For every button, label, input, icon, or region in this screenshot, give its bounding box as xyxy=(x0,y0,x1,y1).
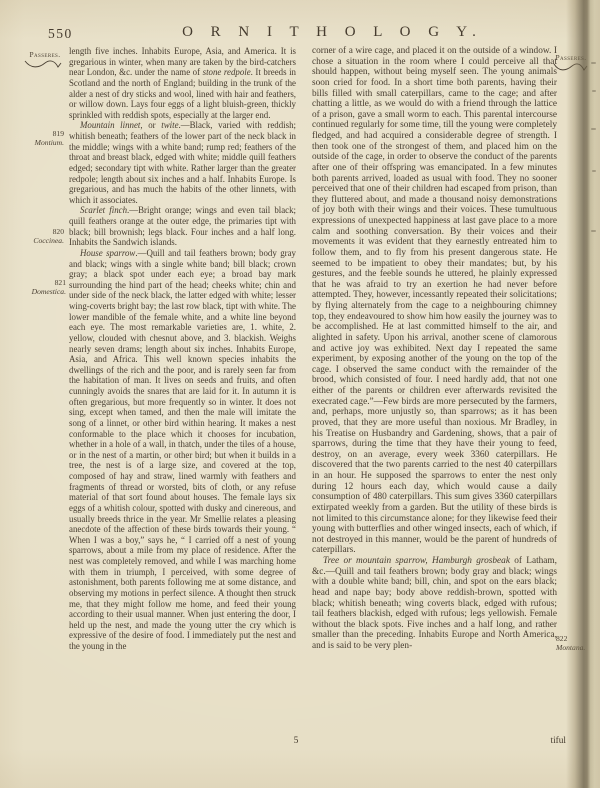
adjacent-page-text-mark xyxy=(591,230,596,232)
species-latin-name: Domestica. xyxy=(18,287,66,296)
species-common-name: twite xyxy=(161,120,178,130)
text-segment: .—Quill and tail feathers brown; body gr… xyxy=(69,248,296,651)
brace-icon xyxy=(553,62,589,72)
text-segment: of Latham, &c.—Quill and tail feathers b… xyxy=(312,556,557,651)
adjacent-page-text-mark xyxy=(591,128,596,130)
species-common-name: Mountain linnet xyxy=(80,120,140,130)
book-page: 550 O R N I T H O L O G Y. Passeres. 819… xyxy=(0,0,600,788)
adjacent-page-text-mark xyxy=(592,90,596,92)
brace-icon xyxy=(24,59,64,69)
adjacent-page-text-mark xyxy=(591,62,596,64)
left-text-column: length five inches. Inhabits Europe, Asi… xyxy=(69,46,296,742)
text-segment: , or xyxy=(140,120,161,130)
paragraph: length five inches. Inhabits Europe, Asi… xyxy=(69,46,296,120)
running-title: O R N I T H O L O G Y. xyxy=(160,24,505,41)
page-number: 550 xyxy=(48,26,73,42)
paragraph: Tree or mountain sparrow, Hamburgh grosb… xyxy=(312,556,557,652)
species-latin-name: Coccinea. xyxy=(18,236,64,245)
species-number: 821 xyxy=(18,278,66,287)
paragraph: Mountain linnet, or twite.—Black, varied… xyxy=(69,120,296,205)
paragraph: corner of a wire cage, and placed it on … xyxy=(312,46,557,556)
order-label-left: Passeres. xyxy=(22,50,68,59)
species-number: 822 xyxy=(556,634,596,643)
margin-note-821: 821 Domestica. xyxy=(18,278,66,296)
species-common-name: stone redpole xyxy=(203,67,251,77)
paragraph: House sparrow.—Quill and tail feathers b… xyxy=(69,248,296,652)
species-latin-name: Montium. xyxy=(18,138,64,147)
text-segment: .—Black, varied with reddish; whitish be… xyxy=(69,120,296,204)
species-common-name: House sparrow xyxy=(80,248,135,258)
species-common-name: Scarlet finch xyxy=(80,205,127,215)
species-latin-name: Montana. xyxy=(556,643,596,652)
adjacent-page-text-mark xyxy=(592,170,596,172)
species-number: 819 xyxy=(18,129,64,138)
right-text-column: corner of a wire cage, and placed it on … xyxy=(312,46,557,742)
text-segment: corner of a wire cage, and placed it on … xyxy=(312,46,557,555)
paragraph: Scarlet finch.—Bright orange; wings and … xyxy=(69,205,296,248)
species-common-name: Tree or mountain sparrow, Hamburgh grosb… xyxy=(323,556,510,566)
page-gutter-shadow xyxy=(566,0,600,788)
catchword: tiful xyxy=(518,736,566,746)
species-number: 820 xyxy=(18,227,64,236)
signature-mark: 5 xyxy=(280,736,312,746)
margin-note-820: 820 Coccinea. xyxy=(18,227,64,245)
margin-note-819: 819 Montium. xyxy=(18,129,64,147)
margin-note-822: 822 Montana. xyxy=(556,634,596,652)
